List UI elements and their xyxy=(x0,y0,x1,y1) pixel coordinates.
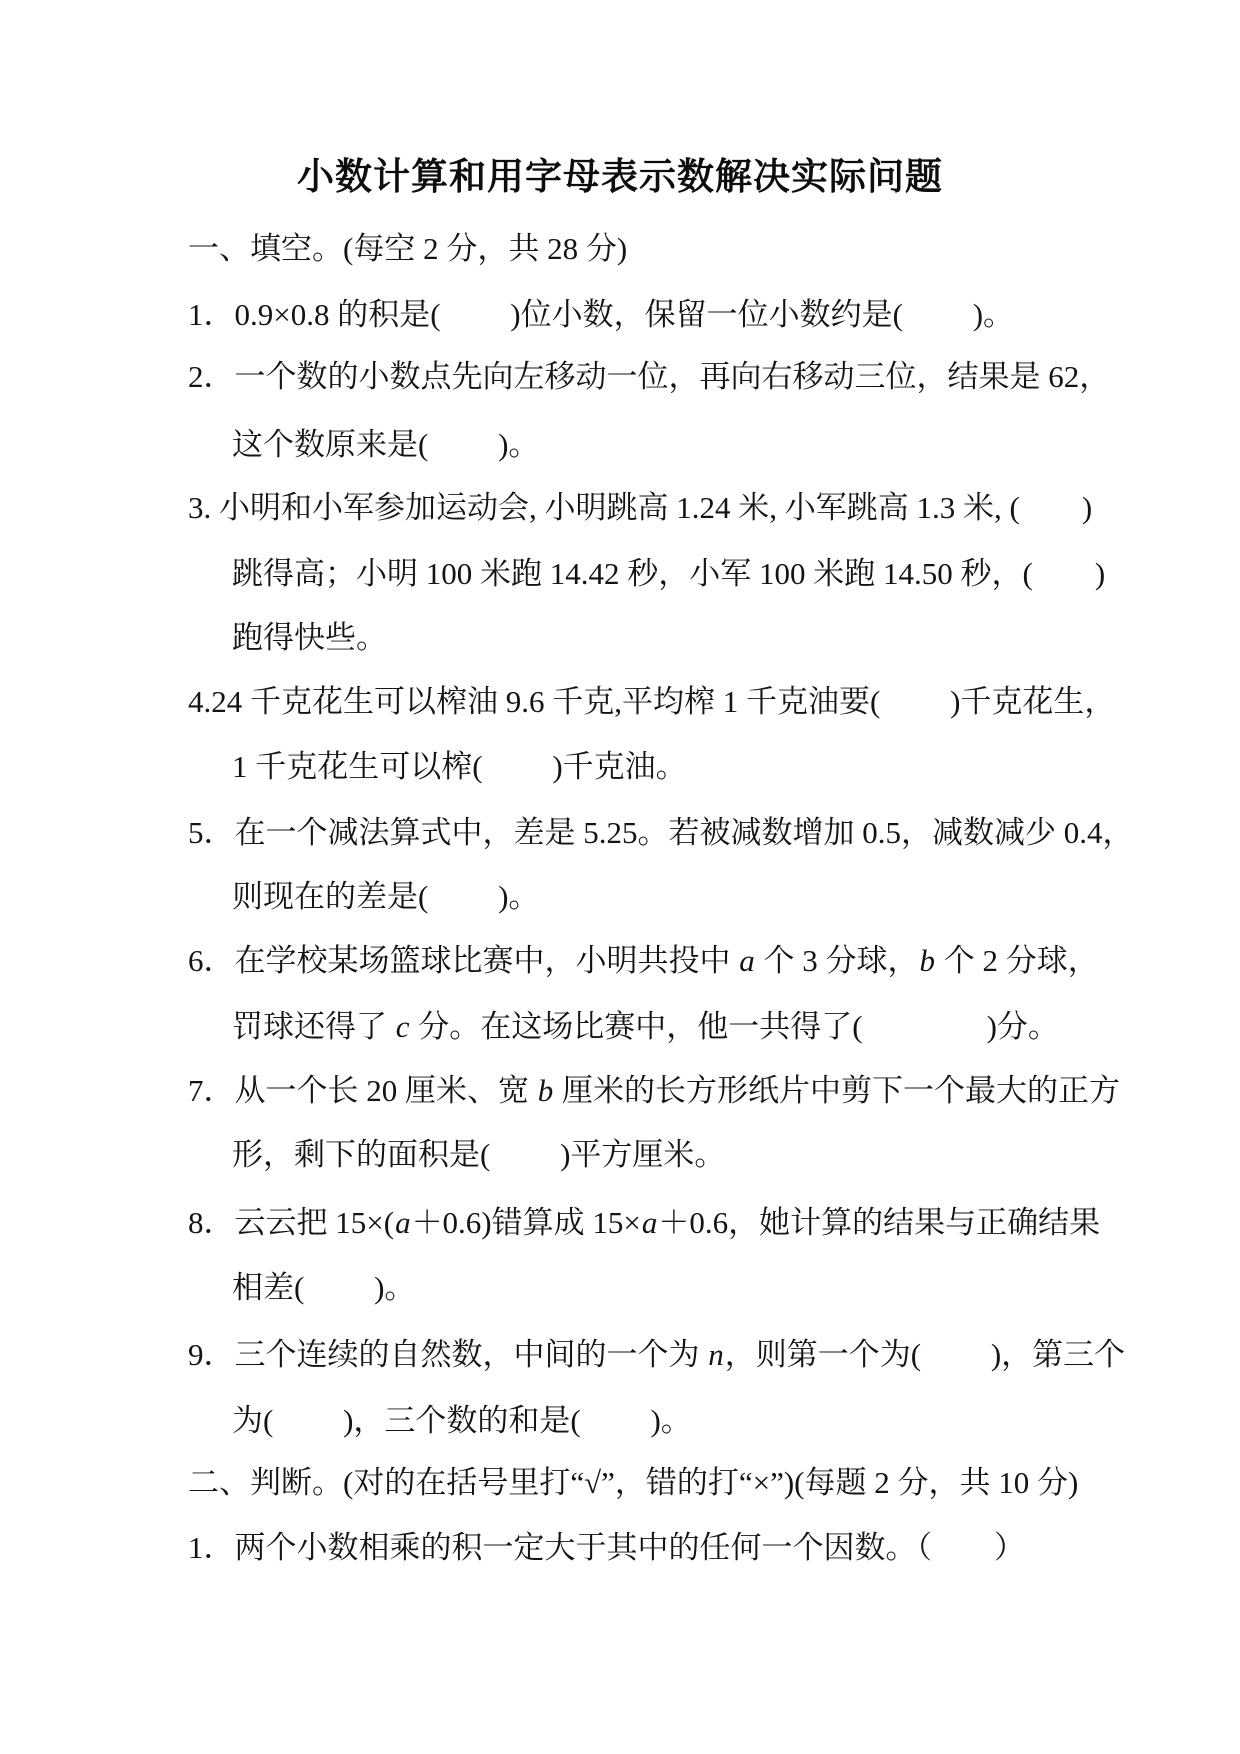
q6-line1: 6．在学校某场篮球比赛中，小明共投中 a 个 3 分球，b 个 2 分球， xyxy=(188,928,1099,994)
q3-line3: 跑得快些。 xyxy=(232,605,387,671)
q5-line1: 5．在一个减法算式中，差是 5.25。若被减数增加 0.5，减数减少 0.4， xyxy=(188,800,1134,866)
q7-line1: 7．从一个长 20 厘米、宽 b 厘米的长方形纸片中剪下一个最大的正方 xyxy=(188,1058,1120,1124)
q2-line2: 这个数原来是( )。 xyxy=(232,412,539,478)
q9-line2: 为( )，三个数的和是( )。 xyxy=(232,1388,692,1454)
q3-line2: 跳得高；小明 100 米跑 14.42 秒，小军 100 米跑 14.50 秒，… xyxy=(232,541,1105,607)
page-title: 小数计算和用字母表示数解决实际问题 xyxy=(0,142,1240,212)
q7-line2: 形，剩下的面积是( )平方厘米。 xyxy=(232,1122,725,1188)
q1-line1: 1．0.9×0.8 的积是( )位小数，保留一位小数约是( )。 xyxy=(188,282,1014,348)
q4-line1: 4.24 千克花生可以榨油 9.6 千克,平均榨 1 千克油要( )千克花生， xyxy=(188,669,1115,735)
q6-line2: 罚球还得了 c 分。在这场比赛中，他一共得了( )分。 xyxy=(232,994,1059,1060)
section1-header: 一、填空。(每空 2 分，共 28 分) xyxy=(188,216,627,282)
q2-line1: 2．一个数的小数点先向左移动一位，再向右移动三位，结果是 62， xyxy=(188,344,1110,410)
section2-header: 二、判断。(对的在括号里打“√”，错的打“×”)(每题 2 分，共 10 分) xyxy=(188,1450,1078,1516)
q9-line1: 9．三个连续的自然数，中间的一个为 n，则第一个为( )，第三个 xyxy=(188,1322,1125,1388)
section2-q1-line1: 1．两个小数相乘的积一定大于其中的任何一个因数。（ ） xyxy=(188,1515,1025,1581)
q8-line1: 8．云云把 15×(a＋0.6)错算成 15×a＋0.6，她计算的结果与正确结果 xyxy=(188,1190,1100,1256)
q4-line2: 1 千克花生可以榨( )千克油。 xyxy=(232,734,687,800)
worksheet-page: 小数计算和用字母表示数解决实际问题 一、填空。(每空 2 分，共 28 分) 1… xyxy=(0,0,1240,1754)
q8-line2: 相差( )。 xyxy=(232,1255,415,1321)
q3-line1: 3. 小明和小军参加运动会, 小明跳高 1.24 米, 小军跳高 1.3 米, … xyxy=(188,475,1092,541)
q5-line2: 则现在的差是( )。 xyxy=(232,864,539,930)
